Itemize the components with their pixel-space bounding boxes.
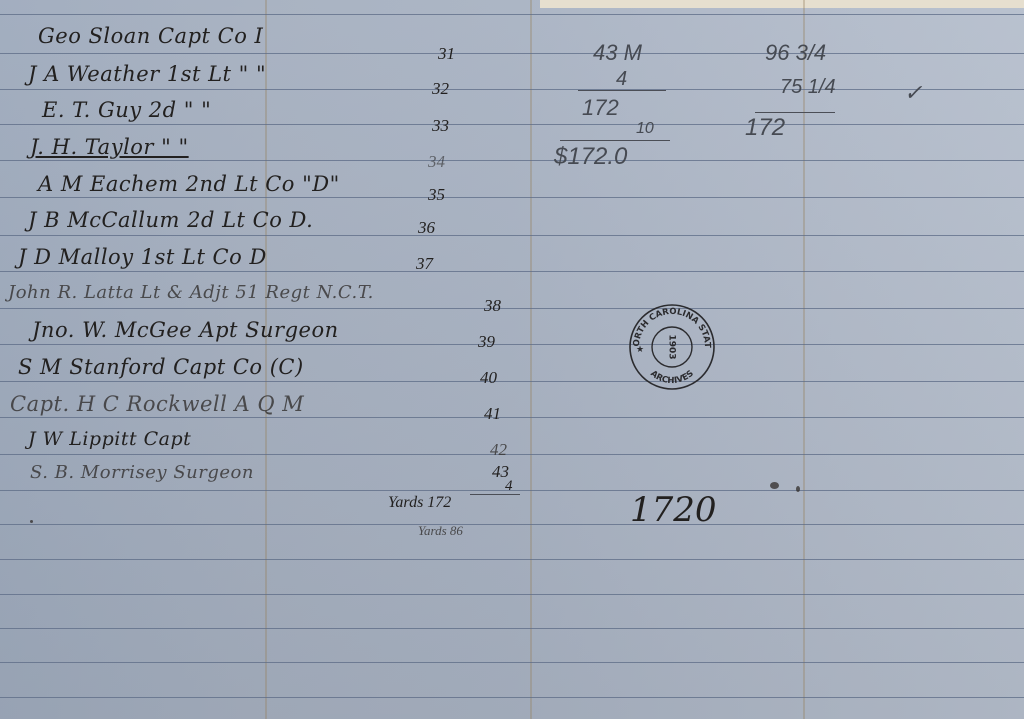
ledger-page: Geo Sloan Capt Co I J A Weather 1st Lt "… <box>0 0 1024 719</box>
entry-name: J W Lippitt Capt <box>28 428 191 450</box>
ruled-line <box>0 53 1024 54</box>
entry-number: 34 <box>428 152 445 172</box>
entry-name: J B McCallum 2d Lt Co D. <box>28 208 313 232</box>
ruled-line <box>0 417 1024 418</box>
star-icon: ★ <box>636 345 644 355</box>
entry-number: 42 <box>490 440 507 460</box>
ruled-line <box>0 160 1024 161</box>
ruled-line <box>0 628 1024 629</box>
calc-rule <box>578 90 666 91</box>
ruled-line <box>0 344 1024 345</box>
ruled-line <box>0 454 1024 455</box>
fold-line <box>530 0 532 719</box>
entry-name: John R. Latta Lt & Adjt 51 Regt N.C.T. <box>8 282 374 303</box>
ruled-line <box>0 697 1024 698</box>
ruled-line <box>0 89 1024 90</box>
entry-name: E. T. Guy 2d " " <box>42 98 211 122</box>
tally-multiplier: 4 <box>505 478 513 495</box>
entry-number: 35 <box>428 185 445 205</box>
archive-stamp: NORTH CAROLINA STATE ARCHIVES 1903 ★ <box>627 302 717 392</box>
bottom-figure: 1720 <box>630 490 717 530</box>
entry-number: 32 <box>432 79 449 99</box>
calc-right-line: 96 3/4 <box>765 40 826 66</box>
entry-number: 33 <box>432 116 449 136</box>
calc-rule <box>755 112 835 113</box>
calc-rule <box>560 140 670 141</box>
entry-name: J. H. Taylor " " <box>30 135 189 159</box>
entry-name: Geo Sloan Capt Co I <box>38 24 263 48</box>
entry-name: S. B. Morrisey Surgeon <box>30 462 254 483</box>
ruled-line <box>0 124 1024 125</box>
tally-rule <box>470 494 520 495</box>
calc-left-line: 172 <box>582 95 619 121</box>
calc-right-line: 172 <box>745 114 785 142</box>
ruled-line <box>0 235 1024 236</box>
entry-number: 41 <box>484 404 501 424</box>
stamp-seal-icon: NORTH CAROLINA STATE ARCHIVES 1903 ★ <box>627 302 717 392</box>
stamp-year: 1903 <box>667 334 677 359</box>
entry-name: Capt. H C Rockwell A Q M <box>10 392 304 416</box>
calc-left-line: 4 <box>616 68 627 91</box>
entry-number: 31 <box>438 44 455 64</box>
calc-left-line: 10 <box>636 120 654 138</box>
calc-left-line: 43 M <box>593 40 642 66</box>
ruled-line <box>0 594 1024 595</box>
ink-blot <box>796 486 800 492</box>
ruled-line <box>0 381 1024 382</box>
ink-blot <box>770 482 779 489</box>
ruled-line <box>0 308 1024 309</box>
ruled-line <box>0 559 1024 560</box>
entry-number: 39 <box>478 332 495 352</box>
fold-line <box>803 0 805 719</box>
ruled-line <box>0 662 1024 663</box>
entry-number: 36 <box>418 218 435 238</box>
calc-right-line: 75 1/4 <box>780 76 836 99</box>
entry-name: A M Eachem 2nd Lt Co "D" <box>38 172 340 196</box>
ruled-line <box>0 524 1024 525</box>
svg-text:ARCHIVES: ARCHIVES <box>648 369 696 386</box>
entry-number: 37 <box>416 254 433 274</box>
tally-yards: Yards 172 <box>388 494 451 512</box>
entry-name: J A Weather 1st Lt " " <box>28 62 266 86</box>
stamp-bottom-text: ARCHIVES <box>648 369 696 386</box>
paper-edge <box>540 0 1024 8</box>
entry-name: Jno. W. McGee Apt Surgeon <box>32 318 339 342</box>
entry-number: 38 <box>484 296 501 316</box>
entry-name: S M Stanford Capt Co (C) <box>18 355 304 379</box>
calc-left-line: $172.0 <box>554 143 627 171</box>
check-mark-icon: ✓ <box>904 80 922 106</box>
ink-blot <box>30 520 33 523</box>
ruled-line <box>0 197 1024 198</box>
ruled-line <box>0 271 1024 272</box>
entry-number: 40 <box>480 368 497 388</box>
entry-name: J D Malloy 1st Lt Co D <box>18 245 267 269</box>
ruled-line <box>0 14 1024 15</box>
tally-yards-half: Yards 86 <box>418 523 463 539</box>
